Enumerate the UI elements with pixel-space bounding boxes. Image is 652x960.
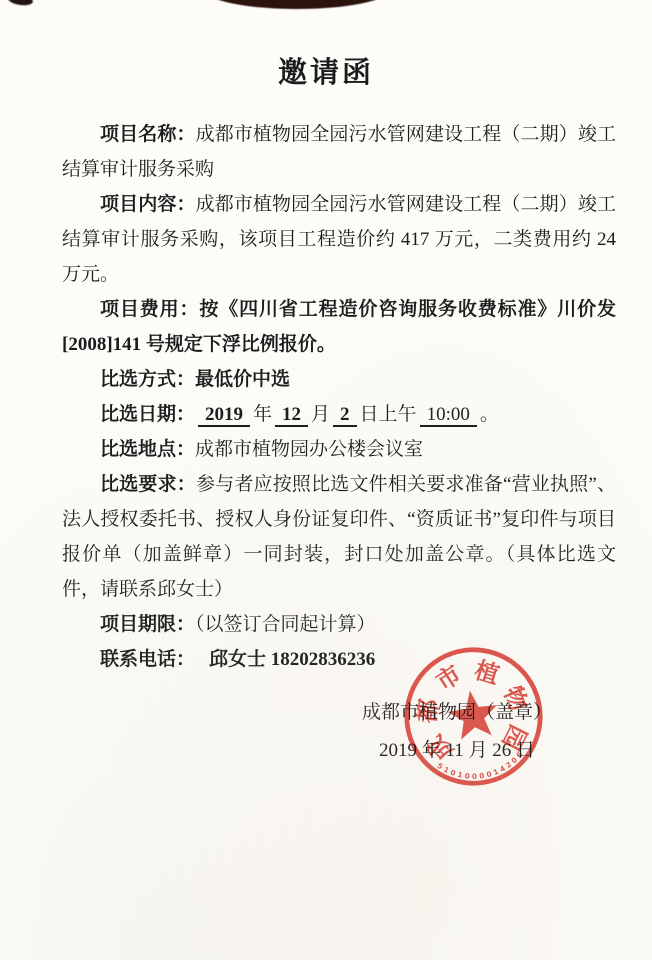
svg-text:成: 成 [422,729,458,765]
svg-text:0: 0 [485,769,492,779]
project-period-value: （以签订合同起计算） [195,614,376,635]
project-period-label: 项目期限： [100,614,195,635]
selection-place-value: 成都市植物园办公楼会议室 [195,439,423,460]
date-year-unit: 年 [253,404,272,425]
svg-text:市: 市 [432,661,467,697]
svg-text:0: 0 [449,768,457,778]
paragraph-selection-date: 比选日期：2019年12月2日上午10:00。 [62,397,616,432]
date-year-value: 2019 [198,404,250,427]
date-day-value: 2 [333,404,357,427]
selection-requirements-label: 比选要求： [100,474,196,495]
paragraph-selection-method: 比选方式：最低价中选 [62,362,616,397]
selection-place-label: 比选地点： [100,439,195,460]
official-stamp: 成都市植物园 5101000014206 [392,635,556,799]
paragraph-project-fee: 项目费用：按《四川省工程造价咨询服务收费标准》川价发[2008]141 号规定下… [62,292,616,362]
svg-text:0: 0 [479,771,485,781]
paragraph-project-name: 项目名称：成都市植物园全园污水管网建设工程（二期）竣工结算审计服务采购 [62,117,616,187]
project-name-label: 项目名称： [100,124,196,145]
project-content-label: 项目内容： [100,194,196,215]
selection-method-label: 比选方式： [100,369,195,390]
svg-text:0: 0 [472,772,477,781]
date-terminator: 。 [480,404,499,425]
svg-text:物: 物 [498,682,533,715]
date-day-unit: 日上午 [360,404,417,425]
svg-text:植: 植 [471,657,502,690]
svg-text:0: 0 [464,771,470,780]
date-month-value: 12 [275,404,308,427]
svg-text:园: 园 [496,720,531,754]
stamp-svg: 成都市植物园 5101000014206 [392,635,556,799]
paragraph-project-content: 项目内容：成都市植物园全园污水管网建设工程（二期）竣工结算审计服务采购，该项目工… [62,187,616,292]
project-fee-label: 项目费用： [100,299,199,320]
svg-text:都: 都 [414,697,444,725]
contact-number: 18202836236 [271,649,376,670]
date-time-value: 10:00 [420,404,477,427]
document-title: 邀请函 [0,0,652,91]
document-body: 项目名称：成都市植物园全园污水管网建设工程（二期）竣工结算审计服务采购 项目内容… [0,117,652,677]
svg-text:1: 1 [457,770,464,780]
contact-person: 邱女士 [209,649,266,670]
selection-method-value: 最低价中选 [195,369,290,390]
contact-phone-label: 联系电话： [100,649,195,670]
selection-date-label: 比选日期： [100,404,195,425]
star-icon [445,687,501,741]
paragraph-selection-place: 比选地点：成都市植物园办公楼会议室 [62,432,616,467]
paragraph-selection-requirements: 比选要求：参与者应按照比选文件相关要求准备“营业执照”、 法人授权委托书、授权人… [62,467,616,607]
date-month-unit: 月 [311,404,330,425]
